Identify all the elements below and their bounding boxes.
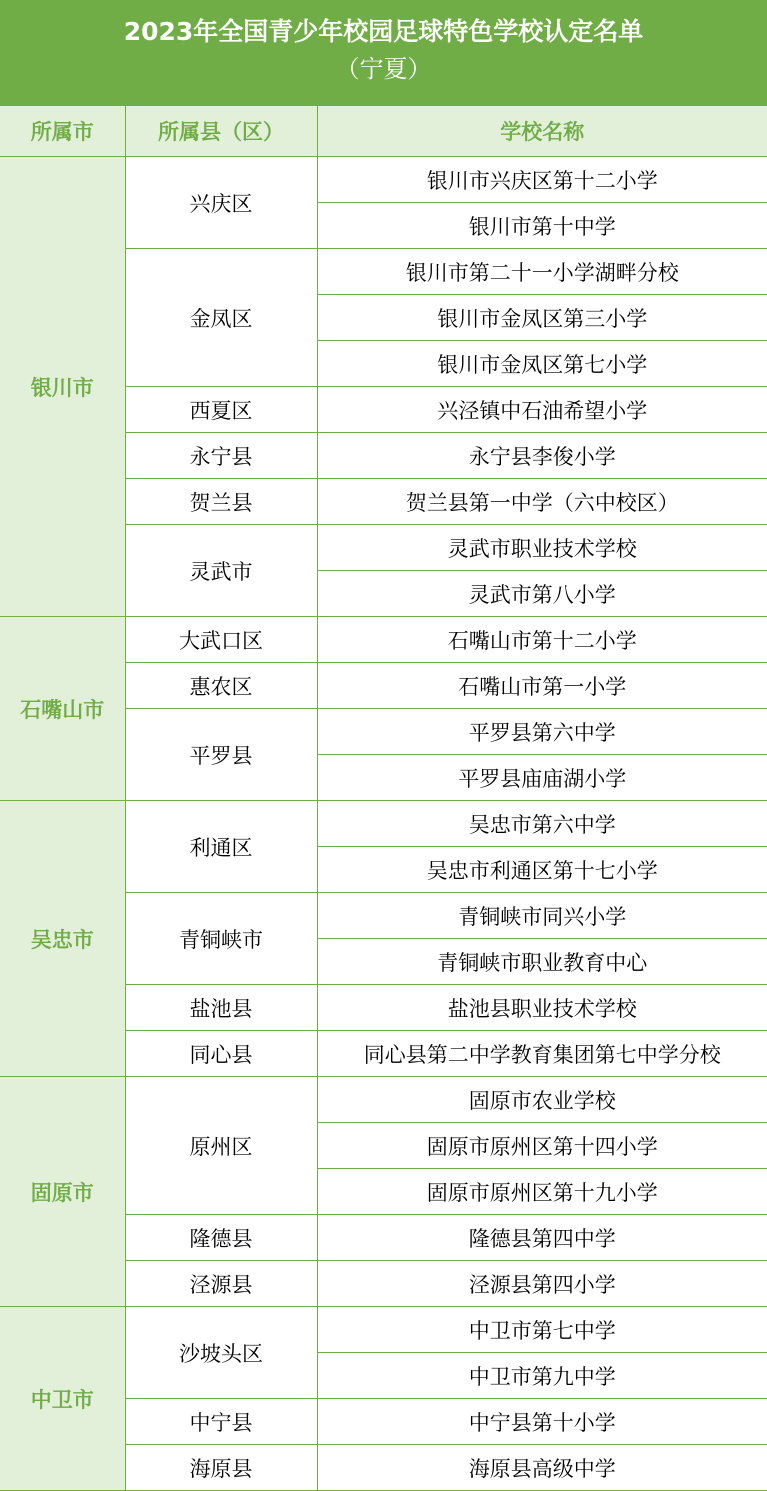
- page-subtitle: （宁夏）: [0, 52, 767, 86]
- header-city: 所属市: [0, 106, 125, 157]
- county-cell: 同心县: [125, 1031, 317, 1077]
- city-cell: 固原市: [0, 1077, 125, 1307]
- school-cell: 固原市原州区第十四小学: [317, 1123, 767, 1169]
- page-title: 2023年全国青少年校园足球特色学校认定名单: [0, 14, 767, 50]
- county-cell: 永宁县: [125, 433, 317, 479]
- school-cell: 固原市农业学校: [317, 1077, 767, 1123]
- table-row: 银川市兴庆区银川市兴庆区第十二小学: [0, 157, 767, 203]
- school-cell: 银川市金凤区第七小学: [317, 341, 767, 387]
- school-cell: 青铜峡市同兴小学: [317, 893, 767, 939]
- school-cell: 吴忠市第六中学: [317, 801, 767, 847]
- county-cell: 泾源县: [125, 1261, 317, 1307]
- city-cell: 银川市: [0, 157, 125, 617]
- school-cell: 中宁县第十小学: [317, 1399, 767, 1445]
- header-school: 学校名称: [317, 106, 767, 157]
- city-cell: 吴忠市: [0, 801, 125, 1077]
- school-cell: 银川市第十中学: [317, 203, 767, 249]
- city-cell: 石嘴山市: [0, 617, 125, 801]
- county-cell: 大武口区: [125, 617, 317, 663]
- county-cell: 贺兰县: [125, 479, 317, 525]
- title-banner: 2023年全国青少年校园足球特色学校认定名单 （宁夏）: [0, 0, 767, 105]
- school-cell: 石嘴山市第十二小学: [317, 617, 767, 663]
- county-cell: 中宁县: [125, 1399, 317, 1445]
- county-cell: 西夏区: [125, 387, 317, 433]
- school-cell: 固原市原州区第十九小学: [317, 1169, 767, 1215]
- county-cell: 沙坡头区: [125, 1307, 317, 1399]
- county-cell: 平罗县: [125, 709, 317, 801]
- school-cell: 银川市金凤区第三小学: [317, 295, 767, 341]
- county-cell: 盐池县: [125, 985, 317, 1031]
- school-cell: 盐池县职业技术学校: [317, 985, 767, 1031]
- table-body: 银川市兴庆区银川市兴庆区第十二小学银川市第十中学金凤区银川市第二十一小学湖畔分校…: [0, 157, 767, 1491]
- school-cell: 同心县第二中学教育集团第七中学分校: [317, 1031, 767, 1077]
- school-cell: 石嘴山市第一小学: [317, 663, 767, 709]
- table-row: 吴忠市利通区吴忠市第六中学: [0, 801, 767, 847]
- school-cell: 永宁县李俊小学: [317, 433, 767, 479]
- county-cell: 原州区: [125, 1077, 317, 1215]
- school-cell: 青铜峡市职业教育中心: [317, 939, 767, 985]
- school-cell: 银川市第二十一小学湖畔分校: [317, 249, 767, 295]
- school-cell: 平罗县庙庙湖小学: [317, 755, 767, 801]
- header-county: 所属县（区）: [125, 106, 317, 157]
- school-cell: 灵武市职业技术学校: [317, 525, 767, 571]
- city-cell: 中卫市: [0, 1307, 125, 1491]
- county-cell: 海原县: [125, 1445, 317, 1491]
- table-header-row: 所属市 所属县（区） 学校名称: [0, 106, 767, 157]
- school-cell: 吴忠市利通区第十七小学: [317, 847, 767, 893]
- school-cell: 银川市兴庆区第十二小学: [317, 157, 767, 203]
- table-row: 中卫市沙坡头区中卫市第七中学: [0, 1307, 767, 1353]
- school-cell: 中卫市第九中学: [317, 1353, 767, 1399]
- county-cell: 利通区: [125, 801, 317, 893]
- school-cell: 中卫市第七中学: [317, 1307, 767, 1353]
- county-cell: 灵武市: [125, 525, 317, 617]
- county-cell: 隆德县: [125, 1215, 317, 1261]
- table-row: 固原市原州区固原市农业学校: [0, 1077, 767, 1123]
- school-cell: 兴泾镇中石油希望小学: [317, 387, 767, 433]
- school-cell: 隆德县第四中学: [317, 1215, 767, 1261]
- county-cell: 惠农区: [125, 663, 317, 709]
- county-cell: 青铜峡市: [125, 893, 317, 985]
- school-cell: 泾源县第四小学: [317, 1261, 767, 1307]
- table-row: 石嘴山市大武口区石嘴山市第十二小学: [0, 617, 767, 663]
- school-list-table: 所属市 所属县（区） 学校名称 银川市兴庆区银川市兴庆区第十二小学银川市第十中学…: [0, 105, 767, 1491]
- school-cell: 海原县高级中学: [317, 1445, 767, 1491]
- school-cell: 灵武市第八小学: [317, 571, 767, 617]
- school-cell: 贺兰县第一中学（六中校区）: [317, 479, 767, 525]
- county-cell: 兴庆区: [125, 157, 317, 249]
- school-cell: 平罗县第六中学: [317, 709, 767, 755]
- county-cell: 金凤区: [125, 249, 317, 387]
